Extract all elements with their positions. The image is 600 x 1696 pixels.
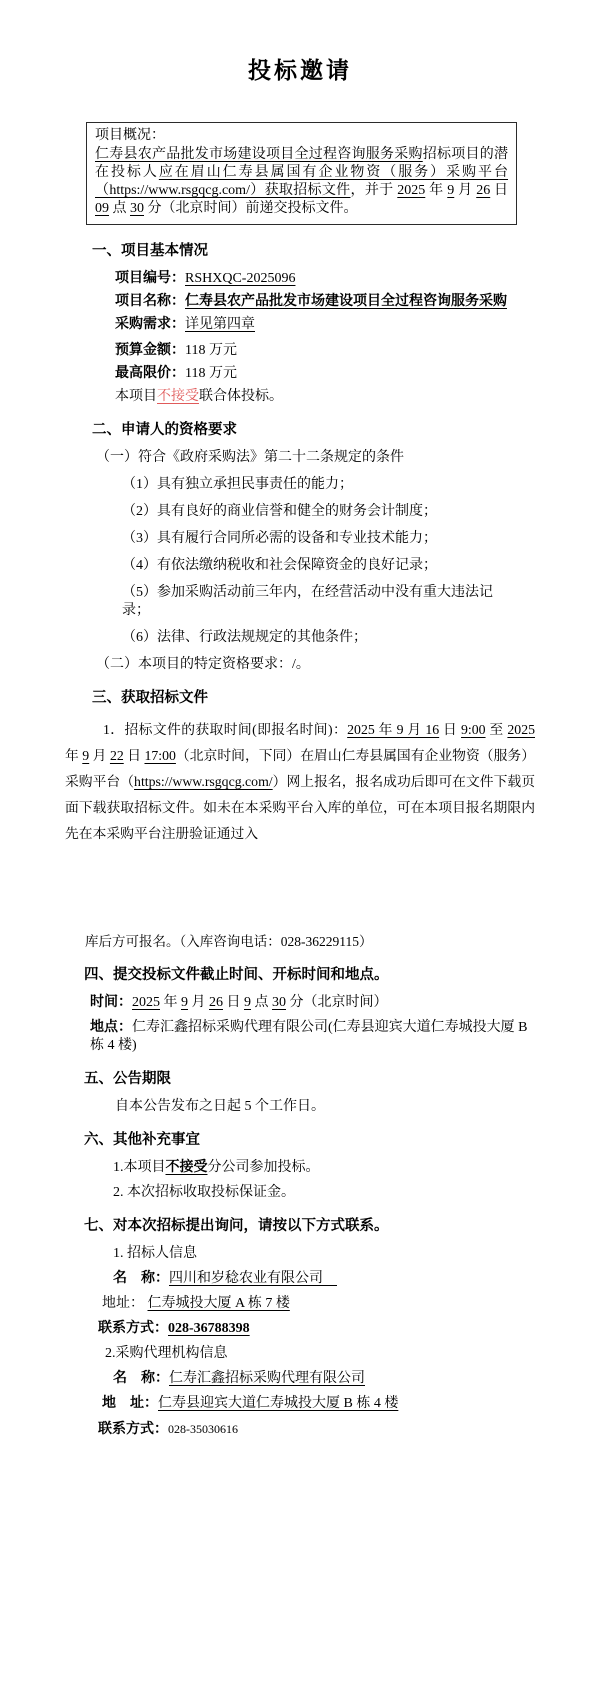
section-4-heading: 四、提交投标文件截止时间、开标时间和地点。 [84, 965, 535, 985]
field-label: 名 称： [113, 1271, 169, 1286]
row-project-name: 项目名称：仁寿县农产品批发市场建设项目全过程咨询服务采购 [115, 293, 512, 311]
field-label: 项目编号： [115, 271, 185, 286]
overview-paragraph: 仁寿县农产品批发市场建设项目全过程咨询服务采购招标项目的潜在投标人应在眉山仁寿县… [95, 146, 508, 218]
agent-address: 仁寿县迎宾大道仁寿城投大厦 B 栋 4 楼 [158, 1396, 398, 1411]
field-label: 预算金额： [115, 343, 185, 358]
row-deadline-time: 时间：2025 年 9 月 26 日 9 点 30 分（北京时间） [90, 994, 535, 1012]
signup-start-time: 9:00 [461, 722, 486, 737]
row-no-consortium: 本项目不接受联合体投标。 [115, 388, 512, 406]
buyer-address: 仁寿城投大厦 A 栋 7 楼 [148, 1296, 290, 1311]
buyer-name: 四川和岁稔农业有限公司 [169, 1271, 337, 1286]
agent-name: 仁寿汇鑫招标采购代理有限公司 [169, 1371, 365, 1386]
row-agent-contact: 联系方式：028-35030616 [98, 1420, 535, 1439]
not-accepted-bold-text: 不接受 [166, 1160, 208, 1175]
field-label: 时间： [90, 995, 132, 1010]
platform-url: https://www.rsgqcg.com/ [134, 774, 273, 789]
text-run: 本项目 [115, 389, 157, 404]
field-label: 地点： [90, 1020, 132, 1035]
overview-seg: 日 [490, 183, 508, 198]
deadline-minute: 30 [272, 995, 286, 1010]
text-run: 分（北京时间） [286, 995, 388, 1010]
text-run: 月 [188, 995, 209, 1010]
obtain-documents-paragraph: 1．招标文件的获取时间(即报名时间)：2025 年 9 月 16 日 9:00 … [65, 717, 535, 847]
overview-seg: ，并于 [351, 183, 398, 198]
qualification-subitem: （2）具有良好的商业信誉和健全的财务会计制度； [122, 503, 512, 521]
overview-year: 2025 [397, 183, 425, 198]
text-run: 月 [89, 748, 110, 763]
announcement-period-text: 自本公告发布之日起 5 个工作日。 [115, 1098, 535, 1116]
text-run: 日 [439, 722, 461, 737]
qualification-item: （一）符合《政府采购法》第二十二条规定的条件 [96, 449, 512, 467]
text-run: 点 [251, 995, 272, 1010]
text-run: 日 [124, 748, 145, 763]
agent-phone: 028-35030616 [168, 1422, 238, 1436]
row-buyer-contact: 联系方式：028-36788398 [98, 1320, 535, 1338]
row-budget: 预算金额：118 万元 [115, 342, 512, 360]
text-run: 至 [486, 722, 508, 737]
qualification-subitem: （4）有依法缴纳税收和社会保障资金的良好记录； [122, 557, 512, 575]
qualification-subitem: （3）具有履行合同所必需的设备和专业技术能力； [122, 530, 512, 548]
section-5-heading: 五、公告期限 [84, 1069, 535, 1089]
project-overview-box: 项目概况： 仁寿县农产品批发市场建设项目全过程咨询服务采购招标项目的潜在投标人应… [86, 122, 517, 225]
overview-seg: 月 [454, 183, 476, 198]
row-buyer-name: 名 称：四川和岁稔农业有限公司 [113, 1270, 535, 1288]
field-label: 名 称： [113, 1371, 169, 1386]
row-project-number: 项目编号：RSHXQC-2025096 [115, 270, 512, 288]
row-procurement-demand: 采购需求：详见第四章 [115, 316, 512, 334]
field-value: 118 万元 [185, 343, 237, 358]
deadline-hour: 9 [244, 995, 251, 1010]
qualification-subitem: （1）具有独立承担民事责任的能力； [122, 476, 512, 494]
section-1-heading: 一、项目基本情况 [92, 241, 512, 261]
text-run: 年 [160, 995, 181, 1010]
field-value: RSHXQC-2025096 [185, 271, 295, 286]
signup-end-year: 2025 [507, 722, 535, 737]
field-label: 联系方式： [98, 1422, 168, 1437]
overview-seg: 点 [109, 201, 130, 216]
row-agent-address: 地 址：仁寿县迎宾大道仁寿城投大厦 B 栋 4 楼 [102, 1395, 535, 1413]
deadline-day: 26 [209, 995, 223, 1010]
overview-seg: 分（北京时间）前递交投标文件。 [144, 201, 358, 216]
overview-day: 26 [476, 183, 490, 198]
text-run: 分公司参加投标。 [208, 1160, 320, 1175]
page-title: 投标邀请 [0, 0, 600, 86]
section-3-heading: 三、获取招标文件 [92, 688, 512, 708]
registration-continuation-line: 库后方可报名。（入库咨询电话：028-36229115） [85, 933, 535, 951]
section-7-heading: 七、对本次招标提出询问，请按以下方式联系。 [84, 1216, 535, 1236]
overview-seg: 仁寿县农产品批发市场建设项目全过程咨询服务采购 [95, 147, 423, 162]
overview-seg: 年 [425, 183, 447, 198]
field-label: 地址： [102, 1296, 144, 1311]
field-label: 联系方式： [98, 1321, 168, 1336]
text-run: 1.本项目 [113, 1160, 166, 1175]
document-page: 投标邀请 项目概况： 仁寿县农产品批发市场建设项目全过程咨询服务采购招标项目的潜… [0, 0, 600, 1696]
agent-info-title: 2.采购代理机构信息 [105, 1345, 535, 1363]
text-run: 1．招标文件的获取时间(即报名时间)： [103, 722, 347, 737]
text-run: 年 [65, 748, 82, 763]
not-accepted-red-text: 不接受 [157, 389, 199, 404]
qualification-subitem: （6）法律、行政法规规定的其他条件； [122, 629, 512, 647]
field-value: 仁寿县农产品批发市场建设项目全过程咨询服务采购 [185, 294, 507, 309]
field-value: 仁寿汇鑫招标采购代理有限公司(仁寿县迎宾大道仁寿城投大厦 B 栋 4 楼) [90, 1020, 528, 1053]
signup-start-date: 2025 年 9 月 16 [347, 722, 439, 737]
signup-end-time: 17:00 [144, 748, 175, 763]
buyer-info-title: 1. 招标人信息 [113, 1245, 535, 1263]
overview-label: 项目概况： [95, 127, 508, 145]
supplement-item-2: 2. 本次招标收取投标保证金。 [113, 1184, 535, 1202]
page-break-gap [92, 847, 512, 933]
row-buyer-address: 地址： 仁寿城投大厦 A 栋 7 楼 [102, 1295, 535, 1313]
field-label: 项目名称： [115, 294, 185, 309]
row-price-cap: 最高限价：118 万元 [115, 365, 512, 383]
row-agent-name: 名 称：仁寿汇鑫招标采购代理有限公司 [113, 1370, 535, 1388]
text-run: 联合体投标。 [199, 389, 283, 404]
field-label: 地 址： [102, 1396, 158, 1411]
deadline-month: 9 [181, 995, 188, 1010]
qualification-subitem: （5）参加采购活动前三年内，在经营活动中没有重大违法记录； [122, 584, 512, 620]
section-2-heading: 二、申请人的资格要求 [92, 420, 512, 440]
page-body-top: 一、项目基本情况 项目编号：RSHXQC-2025096 项目名称：仁寿县农产品… [0, 241, 600, 933]
section-6-heading: 六、其他补充事宜 [84, 1130, 535, 1150]
deadline-year: 2025 [132, 995, 160, 1010]
buyer-phone: 028-36788398 [168, 1321, 250, 1336]
field-value: 详见第四章 [185, 317, 255, 332]
text-run: 日 [223, 995, 244, 1010]
field-value: 118 万元 [185, 366, 237, 381]
overview-minute: 30 [130, 201, 144, 216]
row-opening-place: 地点：仁寿汇鑫招标采购代理有限公司(仁寿县迎宾大道仁寿城投大厦 B 栋 4 楼) [90, 1019, 535, 1055]
signup-end-day: 22 [110, 748, 124, 763]
field-label: 采购需求： [115, 317, 185, 332]
page-body-bottom: 库后方可报名。（入库咨询电话：028-36229115） 四、提交投标文件截止时… [0, 933, 600, 1439]
supplement-item-1: 1.本项目不接受分公司参加投标。 [113, 1159, 535, 1177]
qualification-item: （二）本项目的特定资格要求：/。 [96, 656, 512, 674]
field-label: 最高限价： [115, 366, 185, 381]
overview-hour: 09 [95, 201, 109, 216]
